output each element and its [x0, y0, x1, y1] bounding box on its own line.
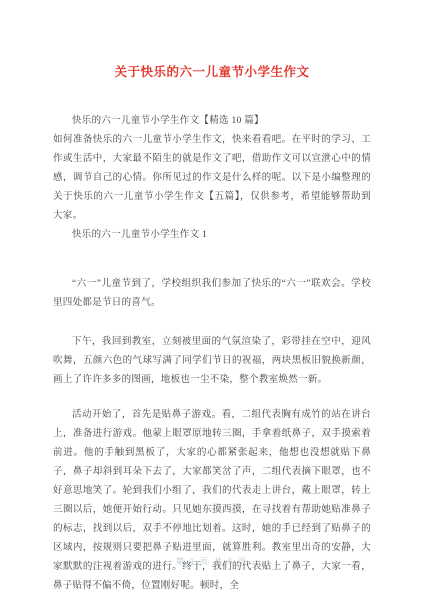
document-page: 关于快乐的六一儿童节小学生作文 快乐的六一儿童节小学生作文【精选 10 篇】 如… — [0, 0, 424, 600]
body-paragraph: 活动开始了，首先是贴鼻子游戏。看，二组代表胸有成竹的站在讲台上，准备进行游戏。他… — [53, 406, 371, 596]
section-heading: 快乐的六一儿童节小学生作文 1 — [53, 226, 371, 245]
page-footer: 第 1 页 共 5 页 — [0, 556, 424, 567]
body-paragraph: 下午，我回到教室，立刻被里面的气氛渲染了，彩带挂在空中，迎风吹舞，五颜六色的气球… — [53, 333, 371, 390]
page-indicator: 第 1 页 共 5 页 — [176, 557, 248, 566]
page-title: 关于快乐的六一儿童节小学生作文 — [53, 64, 371, 80]
document-subtitle: 快乐的六一儿童节小学生作文【精选 10 篇】 — [53, 112, 371, 131]
body-paragraph: “六一”儿童节到了，学校组织我们参加了快乐的“六一”联欢会。学校里四处都是节日的… — [53, 275, 371, 313]
intro-paragraph: 如何准备快乐的六一儿童节小学生作文，快来看看吧。在平时的学习、工作或生活中，大家… — [53, 131, 371, 226]
document-body: 快乐的六一儿童节小学生作文【精选 10 篇】 如何准备快乐的六一儿童节小学生作文… — [53, 112, 371, 596]
